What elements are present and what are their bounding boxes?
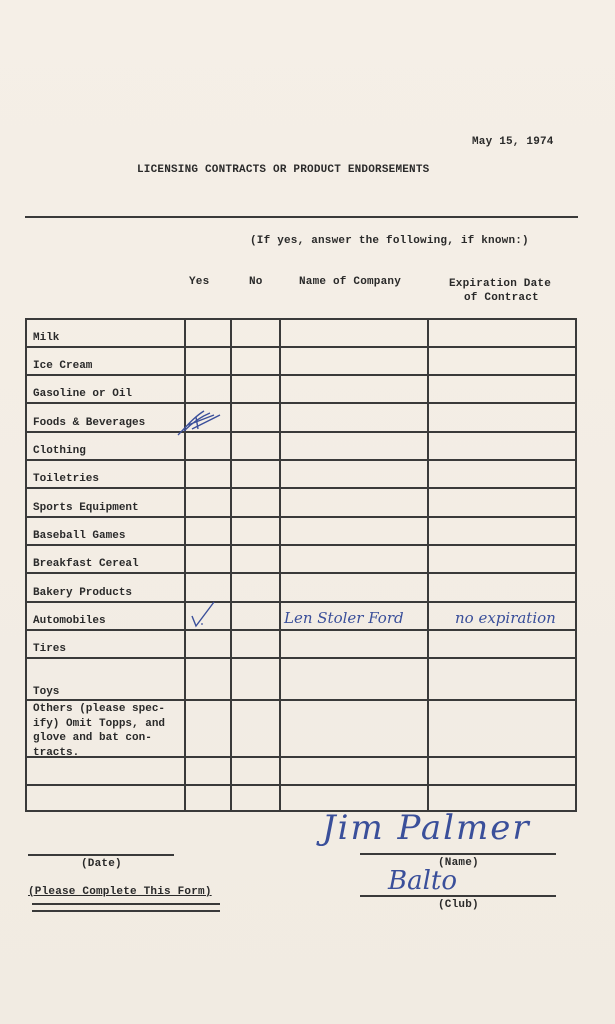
document-date: May 15, 1974	[472, 136, 554, 148]
row-line	[27, 572, 575, 574]
column-header-no: No	[249, 276, 263, 288]
row-line	[27, 402, 575, 404]
row-line	[27, 601, 575, 603]
row-line	[27, 346, 575, 348]
column-header-expiration-2: of Contract	[464, 292, 539, 304]
row-label-milk: Milk	[33, 332, 59, 344]
col-divider-company	[279, 320, 281, 810]
row-label-cereal: Breakfast Cereal	[33, 558, 139, 570]
row-label-sports: Sports Equipment	[33, 502, 139, 514]
row-line	[27, 657, 575, 659]
name-line	[360, 853, 556, 855]
double-underline-2	[32, 910, 220, 912]
scribble-mark-icon	[174, 405, 226, 439]
document-title: LICENSING CONTRACTS OR PRODUCT ENDORSEME…	[137, 164, 429, 176]
row-line	[27, 487, 575, 489]
company-automobiles: Len Stoler Ford	[284, 609, 404, 627]
row-label-bakery: Bakery Products	[33, 587, 132, 599]
row-line	[27, 784, 575, 786]
row-line	[27, 544, 575, 546]
col-divider-expiration	[427, 320, 429, 810]
row-label-ice-cream: Ice Cream	[33, 360, 92, 372]
row-label-gasoline: Gasoline or Oil	[33, 388, 132, 400]
row-line	[27, 516, 575, 518]
column-header-expiration-1: Expiration Date	[449, 278, 551, 290]
club-line	[360, 895, 556, 897]
please-complete-text: (Please Complete This Form)	[28, 886, 212, 898]
column-header-yes: Yes	[189, 276, 209, 288]
double-underline-1	[32, 903, 220, 905]
row-line	[27, 699, 575, 701]
row-label-foods: Foods & Beverages	[33, 417, 145, 429]
row-label-others: Others (please spec- ify) Omit Topps, an…	[33, 702, 188, 760]
row-line	[27, 431, 575, 433]
club-label: (Club)	[438, 899, 479, 911]
signature-club: Balto	[388, 866, 457, 896]
date-line	[28, 854, 174, 856]
row-label-toiletries: Toiletries	[33, 473, 99, 485]
date-label: (Date)	[81, 858, 122, 870]
column-header-company: Name of Company	[299, 276, 401, 288]
signature-name: Jim Palmer	[322, 808, 531, 848]
row-label-tires: Tires	[33, 643, 66, 655]
col-divider-no	[230, 320, 232, 810]
row-label-automobiles: Automobiles	[33, 615, 106, 627]
row-line	[27, 629, 575, 631]
instruction-text: (If yes, answer the following, if known:…	[250, 235, 529, 247]
expiration-automobiles: no expiration	[455, 609, 556, 627]
checkmark-icon	[186, 600, 226, 630]
row-label-toys: Toys	[33, 686, 59, 698]
row-label-baseball-games: Baseball Games	[33, 530, 125, 542]
row-line	[27, 374, 575, 376]
header-divider	[25, 216, 578, 218]
row-line	[27, 459, 575, 461]
row-label-clothing: Clothing	[33, 445, 86, 457]
endorsement-table: Milk Ice Cream Gasoline or Oil Foods & B…	[25, 318, 577, 812]
